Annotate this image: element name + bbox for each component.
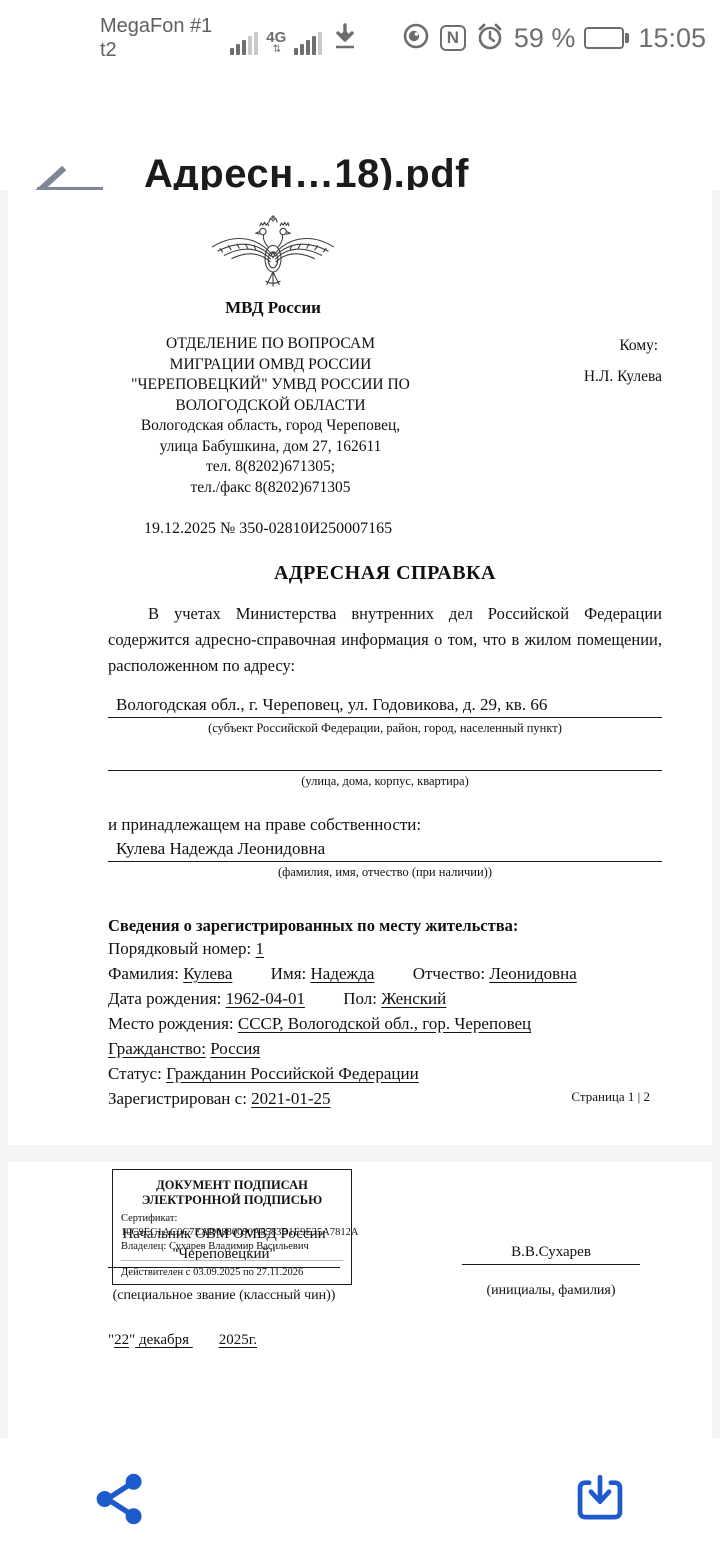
position-caption: (специальное звание (классный чин)) xyxy=(108,1286,340,1306)
field-label: Отчество: xyxy=(413,964,485,983)
address-caption: (субъект Российской Федерации, район, го… xyxy=(108,721,662,736)
org-line: тел. 8(8202)671305; xyxy=(108,457,433,478)
org-line: улица Бабушкина, дом 27, 162611 xyxy=(108,437,433,458)
org-line: ВОЛОГОДСКОЙ ОБЛАСТИ xyxy=(108,396,433,417)
carrier-line2: t2 xyxy=(100,38,212,62)
ownership-label: и принадлежащем на праве собственности: xyxy=(108,815,662,835)
field-label: Место рождения: xyxy=(108,1014,234,1033)
field-value: 1 xyxy=(256,939,265,958)
org-address-block: ОТДЕЛЕНИЕ ПО ВОПРОСАМ МИГРАЦИИ ОМВД РОСС… xyxy=(108,334,433,498)
field-row-number: Порядковый номер: 1 xyxy=(108,936,662,961)
field-label: Дата рождения: xyxy=(108,989,221,1008)
share-icon xyxy=(91,1470,149,1528)
page-gap xyxy=(0,1145,720,1162)
double-headed-eagle-icon xyxy=(209,214,337,296)
field-row-status: Статус: Гражданин Российской Федерации xyxy=(108,1061,662,1086)
field-value: Леонидовна xyxy=(489,964,576,983)
field-label: Гражданство: xyxy=(108,1039,206,1058)
field-label: Порядковый номер: xyxy=(108,939,251,958)
reference-number: 19.12.2025 № 350-02810И250007165 xyxy=(108,520,662,538)
field-value: Гражданин Российской Федерации xyxy=(166,1064,419,1083)
signer-name: В.В.Сухарев xyxy=(462,1224,640,1265)
owner-caption: (фамилия, имя, отчество (при наличии)) xyxy=(108,865,662,880)
field-label: Статус: xyxy=(108,1064,162,1083)
field-value: Женский xyxy=(381,989,446,1008)
mvd-emblem: МВД России xyxy=(113,214,433,318)
signal-bars-icon-2 xyxy=(294,31,322,55)
date-year: 2025г. xyxy=(219,1332,257,1348)
org-line: ОТДЕЛЕНИЕ ПО ВОПРОСАМ xyxy=(108,334,433,355)
stamp-cert-value: 10C9EC1AC0C7EAD0880090A5583B1E9E35A7812A xyxy=(121,1226,343,1240)
field-row-birth: Дата рождения: 1962-04-01 Пол: Женский xyxy=(108,986,662,1011)
signer-caption: (инициалы, фамилия) xyxy=(462,1283,640,1299)
org-line: "ЧЕРЕПОВЕЦКИЙ" УМВД РОССИИ ПО xyxy=(108,375,433,396)
emblem-caption: МВД России xyxy=(113,298,433,318)
intro-paragraph: В учетах Министерства внутренних дел Рос… xyxy=(108,601,662,679)
recipient-block: Кому: Н.Л. Кулева xyxy=(584,334,662,498)
battery-icon xyxy=(584,27,629,49)
recipient-name: Н.Л. Кулева xyxy=(584,367,662,387)
status-bar: MegaFon #1 t2 4G ⇅ xyxy=(0,0,720,76)
network-activity-arrows-icon: ⇅ xyxy=(273,45,280,55)
signal-cluster: 4G ⇅ xyxy=(230,22,358,55)
field-row-birthplace: Место рождения: СССР, Вологодской обл., … xyxy=(108,1011,662,1036)
document-date-line: "22" декабря 2025г. xyxy=(108,1332,640,1349)
digital-signature-stamp: ДОКУМЕНТ ПОДПИСАН ЭЛЕКТРОННОЙ ПОДПИСЬЮ С… xyxy=(112,1169,352,1285)
bottom-toolbar xyxy=(0,1438,720,1560)
alarm-clock-icon xyxy=(475,21,505,56)
document-title: АДРЕСНАЯ СПРАВКА xyxy=(108,562,662,585)
field-row-citizenship: Гражданство: Россия xyxy=(108,1036,662,1061)
eye-comfort-icon xyxy=(401,21,431,56)
download-button[interactable] xyxy=(565,1464,635,1534)
registered-heading: Сведения о зарегистрированных по месту ж… xyxy=(108,916,662,936)
street-blank-line xyxy=(108,750,662,771)
owner-value: Кулева Надежда Леонидовна xyxy=(108,839,662,862)
field-row-name: Фамилия: Кулева Имя: Надежда Отчество: Л… xyxy=(108,961,662,986)
network-type-indicator: 4G ⇅ xyxy=(266,30,286,55)
field-label: Имя: xyxy=(271,964,307,983)
signal-bars-icon xyxy=(230,31,258,55)
org-line: Вологодская область, город Череповец, xyxy=(108,416,433,437)
phone-screen: MegaFon #1 t2 4G ⇅ xyxy=(0,0,720,1560)
street-caption: (улица, дома, корпус, квартира) xyxy=(108,774,662,789)
field-value: 1962-04-01 xyxy=(226,989,305,1008)
carrier-label: MegaFon #1 t2 xyxy=(100,14,212,62)
field-value: Кулева xyxy=(183,964,232,983)
org-line: МИГРАЦИИ ОМВД РОССИИ xyxy=(108,355,433,376)
field-value: Надежда xyxy=(311,964,375,983)
address-value: Вологодская обл., г. Череповец, ул. Годо… xyxy=(108,695,662,718)
page-indicator: Страница 1 | 2 xyxy=(571,1089,650,1105)
download-icon xyxy=(571,1470,629,1528)
stamp-title-line1: ДОКУМЕНТ ПОДПИСАН xyxy=(121,1178,343,1193)
stamp-validity-line: Действителен с 03.09.2025 по 27.11.2026 xyxy=(121,1260,343,1278)
stamp-owner-line: Владелец: Сухарев Владимир Васильевич xyxy=(121,1240,343,1254)
date-month: декабря xyxy=(135,1332,193,1348)
stamp-cert-label: Сертификат: xyxy=(121,1212,343,1226)
share-button[interactable] xyxy=(85,1464,155,1534)
field-value: СССР, Вологодской обл., гор. Череповец xyxy=(238,1014,531,1033)
nfc-icon: N xyxy=(440,25,466,51)
pdf-page-1: МВД России ОТДЕЛЕНИЕ ПО ВОПРОСАМ МИГРАЦИ… xyxy=(8,190,712,1145)
status-right-cluster: N 59 % 15:05 xyxy=(401,21,706,56)
app-header: Адресн…18).pdf 64,9 Кб xyxy=(0,76,720,190)
stamp-title-line2: ЭЛЕКТРОННОЙ ПОДПИСЬЮ xyxy=(121,1193,343,1208)
org-line: тел./факс 8(8202)671305 xyxy=(108,478,433,499)
date-day: 22 xyxy=(114,1332,129,1348)
network-label: 4G xyxy=(266,30,286,45)
field-value: Россия xyxy=(210,1039,260,1058)
download-status-icon xyxy=(332,22,358,55)
letterhead: ОТДЕЛЕНИЕ ПО ВОПРОСАМ МИГРАЦИИ ОМВД РОСС… xyxy=(108,334,662,498)
field-label: Зарегистрирован с: xyxy=(108,1089,247,1108)
signer-column: В.В.Сухарев (инициалы, фамилия) xyxy=(462,1224,640,1306)
clock-label: 15:05 xyxy=(638,23,706,54)
recipient-label: Кому: xyxy=(584,336,658,356)
field-label: Пол: xyxy=(343,989,377,1008)
battery-percent-label: 59 % xyxy=(514,23,576,54)
field-label: Фамилия: xyxy=(108,964,179,983)
field-value: 2021-01-25 xyxy=(251,1089,330,1108)
carrier-line1: MegaFon #1 xyxy=(100,14,212,38)
